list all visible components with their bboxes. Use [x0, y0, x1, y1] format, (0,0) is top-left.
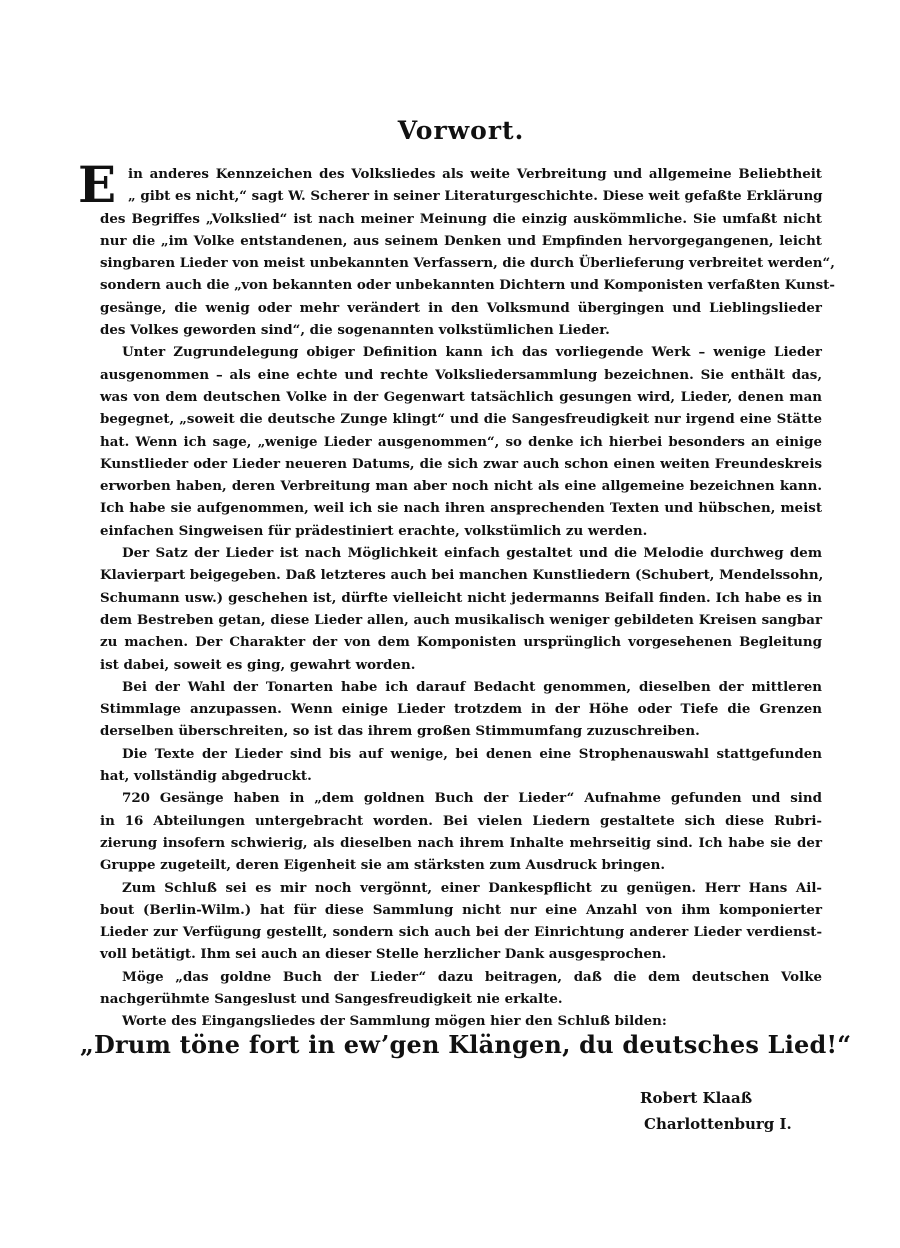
text-line: 720 Gesänge haben in „dem goldnen Buch d…	[100, 787, 822, 809]
signature-block: Robert Klaaß Charlottenburg I.	[640, 1085, 792, 1137]
text-line: was von dem deutschen Volke in der Gegen…	[100, 386, 822, 408]
text-line: nur die „im Volke entstandenen, aus sein…	[100, 230, 822, 252]
text-line: derselben überschreiten, so ist das ihre…	[100, 720, 822, 742]
text-line: nachgerühmte Sangeslust und Sangesfreudi…	[100, 988, 822, 1010]
paragraph: Bei der Wahl der Tonarten habe ich darau…	[100, 676, 822, 743]
author-name: Robert Klaaß	[640, 1085, 792, 1111]
text-line: hat, vollständig abgedruckt.	[100, 765, 822, 787]
closing-quote: „Drum töne fort in ew’gen Klängen, du de…	[80, 1030, 840, 1059]
text-line: begegnet, „soweit die deutsche Zunge kli…	[100, 408, 822, 430]
text-line: Ich habe sie aufgenommen, weil ich sie n…	[100, 497, 822, 519]
text-line: „ gibt es nicht,“ sagt W. Scherer in sei…	[100, 185, 822, 207]
text-line: des Begriffes „Volkslied“ ist nach meine…	[100, 208, 822, 230]
text-line: zu machen. Der Charakter der von dem Kom…	[100, 631, 822, 653]
text-line: Unter Zugrundelegung obiger Definition k…	[100, 341, 822, 363]
text-line: Die Texte der Lieder sind bis auf wenige…	[100, 743, 822, 765]
paragraph: Der Satz der Lieder ist nach Möglichkeit…	[100, 542, 822, 676]
text-line: Bei der Wahl der Tonarten habe ich darau…	[100, 676, 822, 698]
text-line: Stimmlage anzupassen. Wenn einige Lieder…	[100, 698, 822, 720]
paragraph: in anderes Kennzeichen des Volksliedes a…	[100, 163, 822, 341]
text-line: Gruppe zugeteilt, deren Eigenheit sie am…	[100, 854, 822, 876]
text-line: in anderes Kennzeichen des Volksliedes a…	[100, 163, 822, 185]
preface-body: in anderes Kennzeichen des Volksliedes a…	[100, 163, 822, 1033]
page-title: Vorwort.	[100, 116, 822, 145]
text-line: in 16 Abteilungen untergebracht worden. …	[100, 810, 822, 832]
text-line: Klavierpart beigegeben. Daß letzteres au…	[100, 564, 822, 586]
text-line: ausgenommen – als eine echte und rechte …	[100, 364, 822, 386]
text-line: ist dabei, soweit es ging, gewahrt worde…	[100, 654, 822, 676]
text-line: Der Satz der Lieder ist nach Möglichkeit…	[100, 542, 822, 564]
text-line: Möge „das goldne Buch der Lieder“ dazu b…	[100, 966, 822, 988]
paragraph: Zum Schluß sei es mir noch vergönnt, ein…	[100, 877, 822, 966]
text-line: Schumann usw.) geschehen ist, dürfte vie…	[100, 587, 822, 609]
text-line: Kunstlieder oder Lieder neueren Datums, …	[100, 453, 822, 475]
text-line: gesänge, die wenig oder mehr verändert i…	[100, 297, 822, 319]
text-line: zierung insofern schwierig, als dieselbe…	[100, 832, 822, 854]
text-line: voll betätigt. Ihm sei auch an dieser St…	[100, 943, 822, 965]
text-line: erworben haben, deren Verbreitung man ab…	[100, 475, 822, 497]
text-line: einfachen Singweisen für prädestiniert e…	[100, 520, 822, 542]
text-line: des Volkes geworden sind“, die sogenannt…	[100, 319, 822, 341]
paragraph: Die Texte der Lieder sind bis auf wenige…	[100, 743, 822, 788]
text-line: sondern auch die „von bekannten oder unb…	[100, 274, 822, 296]
paragraph: 720 Gesänge haben in „dem goldnen Buch d…	[100, 787, 822, 876]
text-line: Lieder zur Verfügung gestellt, sondern s…	[100, 921, 822, 943]
paragraph: Möge „das goldne Buch der Lieder“ dazu b…	[100, 966, 822, 1011]
text-line: bout (Berlin-Wilm.) hat für diese Sammlu…	[100, 899, 822, 921]
text-line: singbaren Lieder von meist unbekannten V…	[100, 252, 822, 274]
text-line: dem Bestreben getan, diese Lieder allen,…	[100, 609, 822, 631]
text-line: Zum Schluß sei es mir noch vergönnt, ein…	[100, 877, 822, 899]
author-place: Charlottenburg I.	[640, 1111, 792, 1137]
text-line: hat. Wenn ich sage, „wenige Lieder ausge…	[100, 431, 822, 453]
paragraph: Unter Zugrundelegung obiger Definition k…	[100, 341, 822, 542]
